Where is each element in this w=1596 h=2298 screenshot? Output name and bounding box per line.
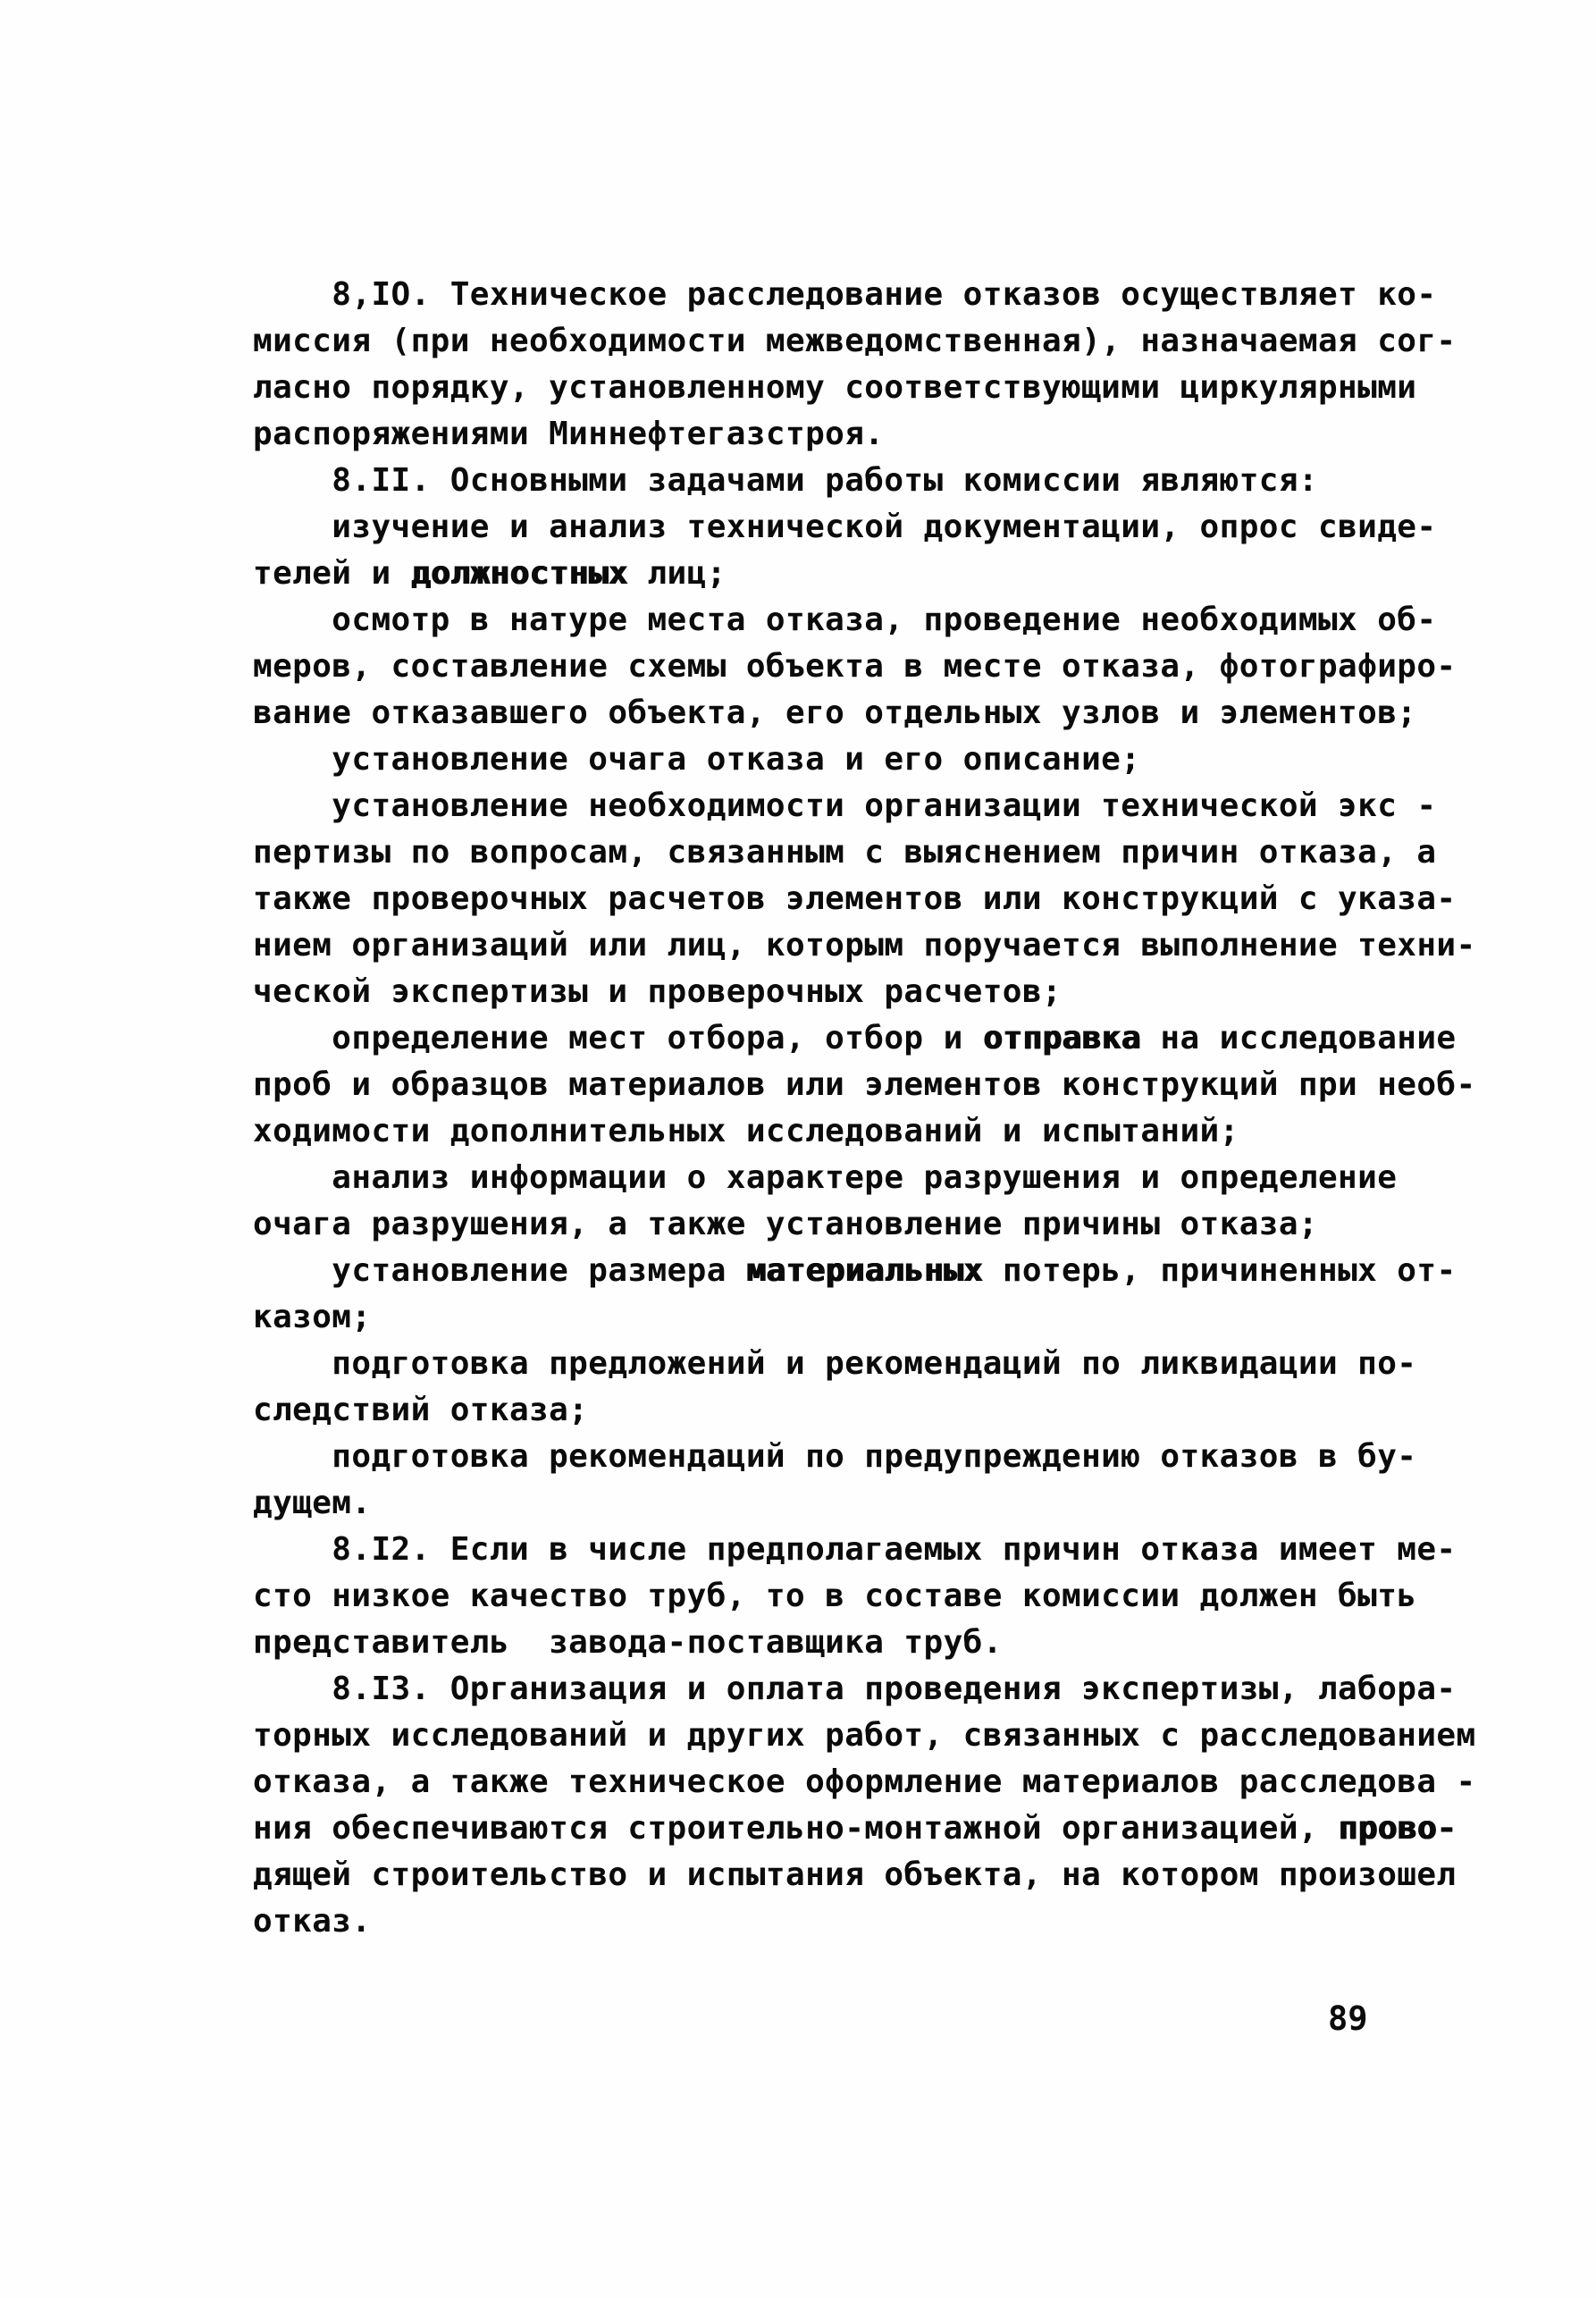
text-line: подготовка предложений и рекомендаций по… (253, 1341, 1504, 1387)
text-segment: телей и (253, 555, 411, 592)
text-segment: потерь, причиненных от- (983, 1252, 1457, 1289)
text-segment: проб и образцов материалов или элементов… (253, 1066, 1476, 1103)
text-line: проб и образцов материалов или элементов… (253, 1062, 1504, 1108)
text-line: ходимости дополнительных исследований и … (253, 1108, 1504, 1155)
text-segment: пертизы по вопросам, связанным с выяснен… (253, 834, 1436, 871)
text-segment: торных исследований и других работ, связ… (253, 1717, 1476, 1754)
text-segment: казом; (253, 1299, 371, 1335)
text-line: изучение и анализ технической документац… (253, 504, 1504, 551)
text-segment: ния обеспечиваются строительно-монтажной… (253, 1810, 1338, 1847)
text-line: ческой экспертизы и проверочных расчетов… (253, 969, 1504, 1015)
text-line: нием организаций или лиц, которым поруча… (253, 922, 1504, 969)
text-segment: представитель завода-поставщика труб. (253, 1624, 1003, 1661)
text-segment: очага разрушения, а также установление п… (253, 1206, 1318, 1242)
overstruck-word: отправка (983, 1020, 1141, 1056)
text-line: пертизы по вопросам, связанным с выяснен… (253, 829, 1504, 876)
text-line: вание отказавшего объекта, его отдельных… (253, 690, 1504, 737)
text-line: анализ информации о характере разрушения… (253, 1155, 1504, 1201)
text-line: очага разрушения, а также установление п… (253, 1201, 1504, 1248)
text-segment: 8.I3. Организация и оплата проведения эк… (253, 1671, 1457, 1707)
text-line: установление размера материальных потерь… (253, 1248, 1504, 1294)
text-segment: 8.I2. Если в числе предполагаемых причин… (253, 1531, 1457, 1568)
page-number: 89 (1328, 2000, 1368, 2038)
text-segment: также проверочных расчетов элементов или… (253, 880, 1457, 917)
document-page: 8,IO. Техническое расследование отказов … (0, 0, 1596, 2298)
text-segment: установление очага отказа и его описание… (253, 741, 1140, 778)
text-line: определение мест отбора, отбор и отправк… (253, 1015, 1504, 1062)
text-segment: нием организаций или лиц, которым поруча… (253, 927, 1476, 964)
text-segment: изучение и анализ технической документац… (253, 509, 1436, 545)
text-segment: 8.II. Основными задачами работы комиссии… (253, 462, 1318, 499)
text-segment: отказ. (253, 1903, 371, 1940)
text-segment: осмотр в натуре места отказа, проведение… (253, 602, 1436, 638)
text-line: дящей строительство и испытания объекта,… (253, 1852, 1504, 1898)
overstruck-word: должностных (411, 555, 628, 592)
text-segment: распоряжениями Миннефтегазстроя. (253, 416, 884, 452)
text-line: 8.II. Основными задачами работы комиссии… (253, 458, 1504, 504)
text-line: установление необходимости организации т… (253, 783, 1504, 829)
text-line: установление очага отказа и его описание… (253, 737, 1504, 783)
text-segment: подготовка рекомендаций по предупреждени… (253, 1438, 1416, 1475)
text-line: представитель завода-поставщика труб. (253, 1620, 1504, 1666)
text-line: отказ. (253, 1898, 1504, 1945)
text-line: казом; (253, 1294, 1504, 1341)
text-segment: ческой экспертизы и проверочных расчетов… (253, 973, 1062, 1010)
overstruck-word: материальных (746, 1252, 983, 1289)
text-segment: установление необходимости организации т… (253, 787, 1436, 824)
text-segment: сто низкое качество труб, то в составе к… (253, 1578, 1416, 1614)
text-segment: на исследование (1140, 1020, 1456, 1056)
text-segment: ласно порядку, установленному соответств… (253, 369, 1416, 406)
overstruck-word: прово- (1338, 1810, 1456, 1847)
text-segment: установление размера (253, 1252, 746, 1289)
text-line: подготовка рекомендаций по предупреждени… (253, 1434, 1504, 1480)
text-segment: следствий отказа; (253, 1392, 588, 1428)
text-segment: анализ информации о характере разрушения… (253, 1159, 1397, 1196)
text-segment: дущем. (253, 1485, 371, 1521)
text-line: ния обеспечиваются строительно-монтажной… (253, 1806, 1504, 1852)
text-segment: 8,IO. Техническое расследование отказов … (253, 276, 1436, 313)
text-segment: вание отказавшего объекта, его отдельных… (253, 694, 1416, 731)
text-line: торных исследований и других работ, связ… (253, 1713, 1504, 1759)
text-segment: меров, составление схемы объекта в месте… (253, 648, 1457, 685)
text-line: дущем. (253, 1480, 1504, 1527)
text-line: сто низкое качество труб, то в составе к… (253, 1573, 1504, 1620)
text-segment: дящей строительство и испытания объекта,… (253, 1856, 1457, 1893)
text-line: ласно порядку, установленному соответств… (253, 365, 1504, 411)
text-segment: определение мест отбора, отбор и (253, 1020, 983, 1056)
text-segment: подготовка предложений и рекомендаций по… (253, 1345, 1416, 1382)
text-segment: ходимости дополнительных исследований и … (253, 1113, 1239, 1149)
text-line: отказа, а также техническое оформление м… (253, 1759, 1504, 1806)
text-segment: лиц; (627, 555, 726, 592)
text-line: телей и должностных лиц; (253, 551, 1504, 597)
text-line: миссия (при необходимости межведомственн… (253, 318, 1504, 365)
text-line: также проверочных расчетов элементов или… (253, 876, 1504, 922)
text-line: 8,IO. Техническое расследование отказов … (253, 272, 1504, 318)
text-line: 8.I2. Если в числе предполагаемых причин… (253, 1527, 1504, 1573)
document-text: 8,IO. Техническое расследование отказов … (253, 272, 1504, 1945)
text-line: осмотр в натуре места отказа, проведение… (253, 597, 1504, 644)
text-segment: отказа, а также техническое оформление м… (253, 1763, 1476, 1800)
text-line: 8.I3. Организация и оплата проведения эк… (253, 1666, 1504, 1713)
text-line: следствий отказа; (253, 1387, 1504, 1434)
text-line: распоряжениями Миннефтегазстроя. (253, 411, 1504, 458)
text-line: меров, составление схемы объекта в месте… (253, 644, 1504, 690)
text-segment: миссия (при необходимости межведомственн… (253, 323, 1457, 359)
